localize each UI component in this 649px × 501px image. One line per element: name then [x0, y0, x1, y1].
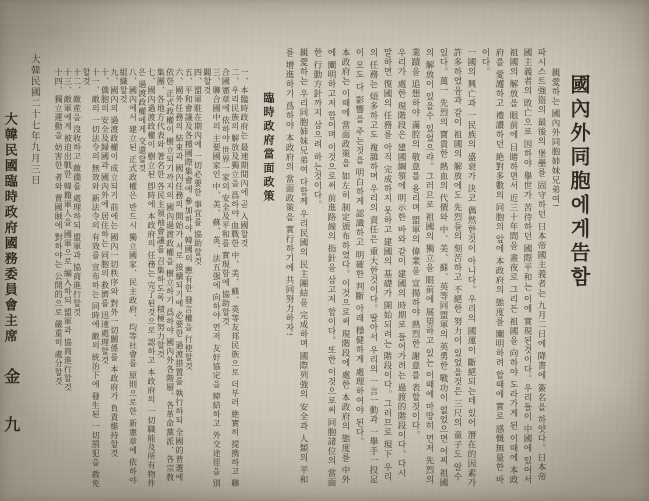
preamble-paragraph-1: 파시스트強盜의 最後의 堡壘를 固守하던 日本帝國主義者는 九月二日에 降書에 …	[479, 48, 549, 488]
policy-section-heading: 臨時政府當面政策	[261, 48, 275, 488]
preamble-paragraph-2: 一國의 興亡과 一民族의 盛衰가 決코 偶然한것이 아니다。우리의 國運이 斷絕…	[409, 48, 479, 488]
policy-item-8: 八、國內에서 建立된 正式政權은 반드시 獨立國家、民主政府、均等社會를 原則으…	[119, 68, 138, 488]
policy-item-9: 九、國內의 過渡政權이 成立되기 前에는 國內一切秩序와 對外一切關係를 本政府…	[110, 68, 119, 488]
policy-item-10: 十、僑胞의 安全及歸國과 國內外에 居住하는 同胞의 救濟를 迅速處理할것	[100, 68, 109, 488]
proclamation-document: 國內外同胞에게告함 親愛하는 國內外同胞姉妹兄弟여! 파시스트強盜의 最後의 堡…	[0, 0, 649, 501]
policy-item-7: 七、國內過渡政權이 樹立된 卽時에 本政府의 任務는 完了된것으로 認하고 本政…	[137, 68, 156, 488]
policy-item-14: 十四、獨立運動을 妨害한 者와 賣國賊에 對하야는 公開的으로 嚴重히 處分할것	[54, 68, 63, 488]
signature-organization: 大韓民國臨時政府國務委員會主席	[3, 112, 18, 345]
document-title: 國內外同胞에게告함	[563, 48, 593, 488]
policy-item-2: 二、우리民族의 解放及獨立을 爲하야 血戰한 中、美、蘇、英等友邦民族으로 더부…	[221, 68, 240, 488]
policy-item-3: 三、聯合國中의 主要國家인 中、美、蘇、英、法五强에 向하야 먼저 友好協定을 …	[203, 68, 222, 488]
document-date: 大韓民國二十七年九月三日	[27, 48, 40, 488]
policy-item-13: 十三、敵軍에게 被迫出戰한 韓籍軍人을 國軍으로 編入하되 盟軍과 協商進行할것	[63, 68, 72, 488]
salutation-line: 親愛하는 國內外同胞姉妹兄弟여!	[549, 48, 563, 488]
policy-item-11: 十一、敵의 一切法令의 無效와 新法令의 有效를 宣布하는 同時에 敵의 統治下…	[82, 68, 101, 488]
policy-item-1: 一、本臨時政府는 最速期間內에 곧 入國할것	[240, 68, 249, 488]
signature-block: 大韓民國臨時政府國務委員會主席 金 九	[1, 48, 20, 488]
policy-items-list: 一、本臨時政府는 最速期間內에 곧 入國할것 二、우리民族의 解放及獨立을 爲하…	[54, 48, 249, 488]
policy-item-6: 六、國外任務의 結束과 國內任務의 開始가 서로 接續되기에 必要한 過渡措置를…	[156, 68, 184, 488]
preamble-section: 親愛하는 國內外同胞姉妹兄弟여! 파시스트強盜의 最後의 堡壘를 固守하던 日本…	[283, 48, 563, 488]
signatory-name: 金 九	[2, 368, 19, 446]
preamble-paragraph-4: 本政府는 이때에 當面政策을 如左히 制定頒布하였다。이것으로써 現階段에 處한…	[311, 48, 353, 488]
policy-item-5: 五、平和會議及各種國際集會에 參加하야 韓國의 應有한 發言權을 行使할것	[184, 68, 193, 488]
policy-item-4: 四、盟軍駐在期內에 一切必要한 事宜를 協助할것	[193, 68, 202, 488]
policy-item-12: 十二、敵産을 沒收하고 敵僑를 處理하되 盟軍과 協商進行할것	[72, 68, 81, 488]
scanned-document-page: 國內外同胞에게告함 親愛하는 國內外同胞姉妹兄弟여! 파시스트強盜의 最後의 堡…	[0, 0, 649, 501]
preamble-paragraph-5: 親愛하는 우리同胞姉妹兄弟여 다함께 우리民國의 民主團結을 完成하며 國際列強…	[283, 48, 311, 488]
preamble-paragraph-3: 우리가 處한 現階段은 建國綱領에 明示한 바와 같이 建國의 時期로 들어가려…	[353, 48, 409, 488]
